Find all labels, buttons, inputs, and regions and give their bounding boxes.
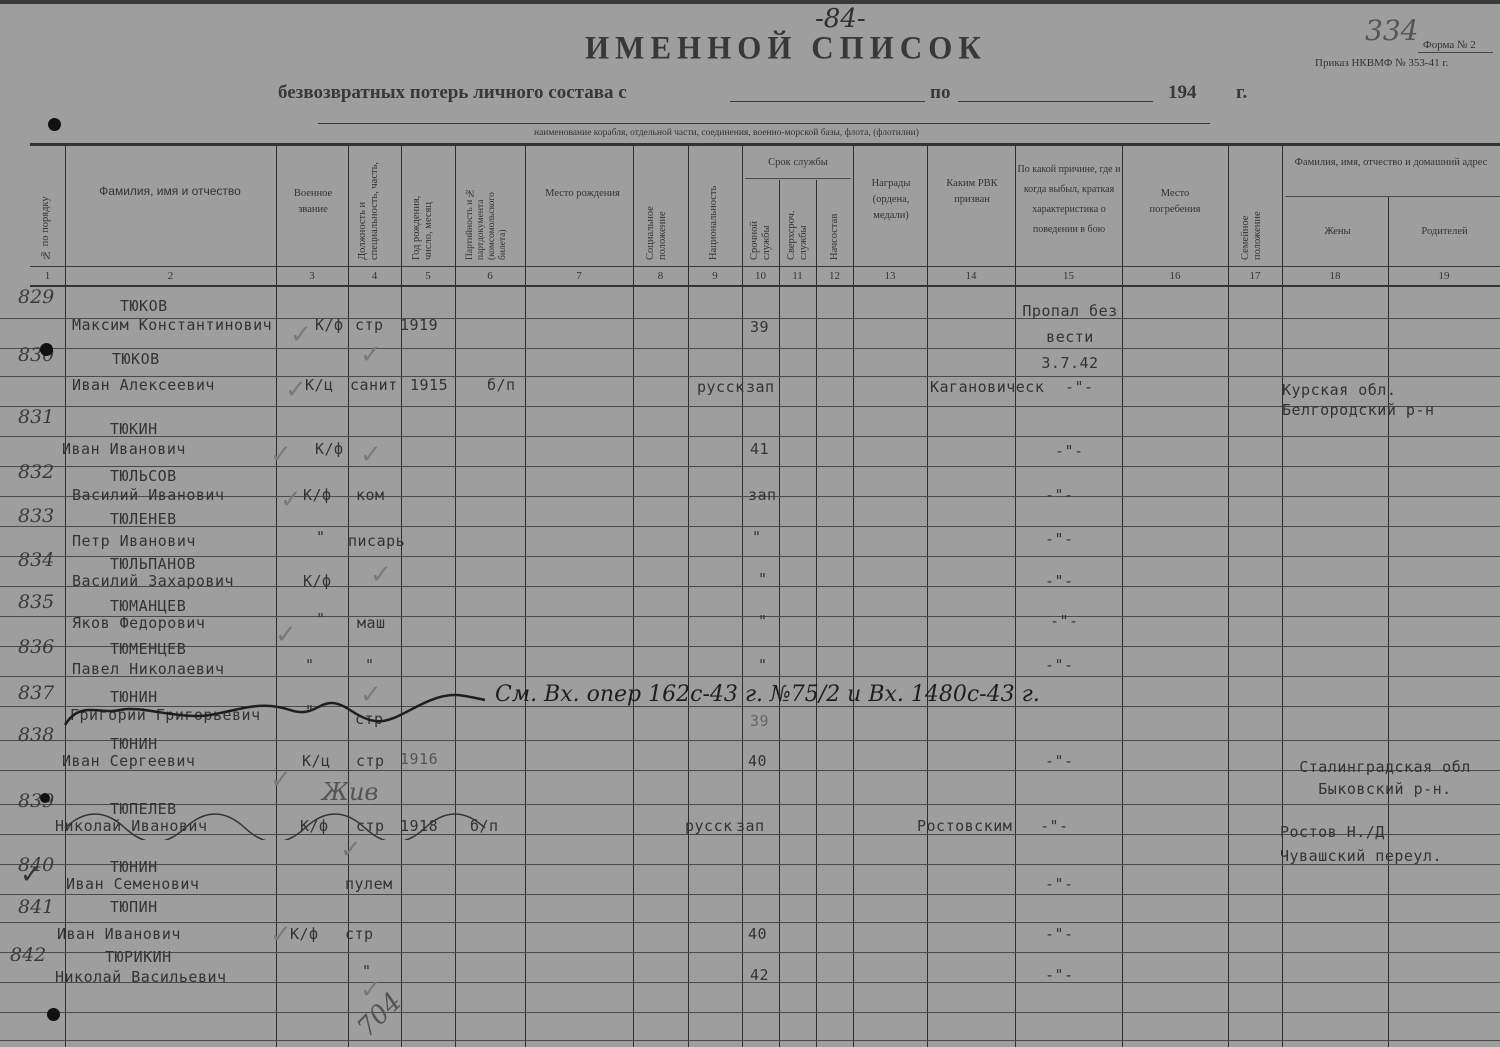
given-names: Иван Иванович xyxy=(62,440,186,458)
row-number: 832 xyxy=(18,461,54,483)
position: стр xyxy=(355,316,384,334)
ruled-line xyxy=(0,770,1500,771)
given-names: Николай Васильевич xyxy=(55,968,227,986)
ruled-line xyxy=(0,526,1500,527)
scan-edge xyxy=(0,0,1500,4)
service-term: 40 xyxy=(748,925,767,943)
col-num-19: 19 xyxy=(1388,270,1500,282)
strikethrough-wave xyxy=(60,800,500,840)
col-header-9: Национальность xyxy=(708,175,720,260)
given-names: Павел Николаевич xyxy=(72,660,225,678)
table-top-border xyxy=(30,143,1500,146)
col-header-3: Военное звание xyxy=(282,186,344,218)
birth-year: 1919 xyxy=(400,316,438,334)
col-num-10: 10 xyxy=(742,270,779,282)
service-term: 41 xyxy=(750,440,769,458)
col-divider xyxy=(779,180,780,1047)
position: маш xyxy=(357,614,386,632)
service-term-divider xyxy=(745,178,851,179)
col-num-1: 1 xyxy=(30,270,65,282)
reason: -"- xyxy=(1045,486,1074,504)
col-header-10: Срочной службы xyxy=(749,210,777,260)
rank: К/ф xyxy=(303,572,332,590)
given-names: Василий Иванович xyxy=(72,486,225,504)
col-header-5: Год рождения, число, месяц xyxy=(411,175,447,260)
row-number: 836 xyxy=(18,636,54,658)
row-number: 834 xyxy=(18,549,54,571)
service-term: " xyxy=(758,612,768,630)
position: писарь xyxy=(348,532,405,550)
col-num-6: 6 xyxy=(455,270,525,282)
surname: ТЮКОВ xyxy=(112,350,160,368)
service-term: " xyxy=(758,570,768,588)
service-term: зап xyxy=(748,486,777,504)
ruled-line xyxy=(0,376,1500,377)
col-num-9: 9 xyxy=(688,270,742,282)
position: стр xyxy=(345,925,374,943)
col-num-3: 3 xyxy=(276,270,348,282)
surname: ТЮРИКИН xyxy=(105,948,172,966)
surname: ТЮМАНЦЕВ xyxy=(110,597,186,615)
col-header-7: Место рождения xyxy=(545,186,620,202)
ruled-line xyxy=(0,894,1500,895)
surname: ТЮЛЬПАНОВ xyxy=(110,555,196,573)
reason: -"- xyxy=(1045,925,1074,943)
order-label: Приказ НКВМФ № 353-41 г. xyxy=(1315,57,1448,69)
position: стр xyxy=(356,752,385,770)
col-header-18: Жены xyxy=(1290,224,1385,240)
given-names: Иван Иванович xyxy=(57,925,181,943)
col-num-7: 7 xyxy=(525,270,633,282)
rank: " xyxy=(316,610,326,628)
form-label: Форма № 2 xyxy=(1423,39,1476,51)
ruled-line xyxy=(0,676,1500,677)
surname: ТЮМЕНЦЕВ xyxy=(110,640,186,658)
ruled-line xyxy=(0,646,1500,647)
row-number: 829 xyxy=(18,286,54,308)
ruled-line xyxy=(0,740,1500,741)
ruled-line xyxy=(0,1012,1500,1013)
check-mark-icon: ✓ xyxy=(270,765,292,795)
surname: ТЮЛЬСОВ xyxy=(110,467,177,485)
surname: ТЮНИН xyxy=(110,735,158,753)
position: пулем xyxy=(345,875,393,893)
service-term: 40 xyxy=(748,752,767,770)
birth-year: 1915 xyxy=(410,376,448,394)
rank: К/ц xyxy=(305,376,334,394)
col-header-2: Фамилия, имя и отчество xyxy=(80,180,260,202)
archive-number: 334 xyxy=(1365,14,1418,47)
reason: -"- xyxy=(1045,656,1074,674)
col-num-5: 5 xyxy=(401,270,455,282)
ruled-line xyxy=(0,436,1500,437)
service-term: " xyxy=(758,656,768,674)
rvk: Ростовским xyxy=(917,817,1012,835)
ruled-line xyxy=(0,466,1500,467)
ink-blot xyxy=(47,1008,60,1021)
subtitle-mid: по xyxy=(930,82,950,104)
col-header-14: Каким РВК призван xyxy=(940,176,1004,208)
given-names: Иван Сергеевич xyxy=(62,752,195,770)
check-mark-icon: ✓ xyxy=(290,320,312,350)
col-num-12: 12 xyxy=(816,270,853,282)
check-mark-icon: ✓ xyxy=(285,375,307,405)
subtitle-suffix: г. xyxy=(1236,82,1247,104)
ink-blot xyxy=(48,118,61,131)
surname: ТЮНИН xyxy=(110,858,158,876)
surname: ТЮЛЕНЕВ xyxy=(110,510,177,528)
ruled-line xyxy=(0,952,1500,953)
rank: " xyxy=(305,656,315,674)
strikethrough-scribble xyxy=(60,690,490,730)
surname: ТЮКИН xyxy=(110,420,158,438)
col-divider xyxy=(1388,196,1389,1047)
reason: -"- xyxy=(1065,378,1094,396)
service-term: 39 xyxy=(750,712,769,730)
col-header-11: Сверхсроч. службы xyxy=(786,210,814,260)
col-num-16: 16 xyxy=(1122,270,1228,282)
ruled-line xyxy=(0,348,1500,349)
subtitle-year: 194 xyxy=(1168,82,1197,104)
col-num-14: 14 xyxy=(927,270,1015,282)
col-num-8: 8 xyxy=(633,270,688,282)
given-names: Максим Константинович xyxy=(72,316,272,334)
col-num-13: 13 xyxy=(853,270,927,282)
col-num-2: 2 xyxy=(65,270,276,282)
given-names: Иван Алексеевич xyxy=(72,376,215,394)
col-group-home-address: Фамилия, имя, отчество и домашний адрес xyxy=(1285,155,1497,171)
parents-address: Сталинградская обл Быковский р-н. xyxy=(1280,756,1490,800)
col-header-13: Награды (ордена, медали) xyxy=(860,176,922,224)
service-term: 42 xyxy=(750,966,769,984)
col-header-12: Начсостав xyxy=(829,205,841,260)
reason: -"- xyxy=(1045,572,1074,590)
check-mark-icon: ✓ xyxy=(270,920,292,950)
cross-reference-note: См. Вх. опер 162с-43 г. №75/2 и Вх. 1480… xyxy=(495,682,1040,707)
position: " xyxy=(365,656,375,674)
col-num-11: 11 xyxy=(779,270,816,282)
surname: ТЮПИН xyxy=(110,898,158,916)
col-header-16: Место погребения xyxy=(1140,186,1210,218)
reason: Пропал без вести 3.7.42 xyxy=(1018,298,1122,376)
reason: -"- xyxy=(1045,966,1074,984)
reason: -"- xyxy=(1045,752,1074,770)
header-divider xyxy=(30,266,1500,267)
surname: ТЮКОВ xyxy=(120,297,168,315)
ink-blot xyxy=(40,793,50,803)
nationality: русск xyxy=(697,378,745,396)
reason: -"- xyxy=(1040,817,1069,835)
check-mark-icon: ✓ xyxy=(275,620,297,650)
header-bottom-border xyxy=(30,285,1500,287)
col-group-service-term: Срок службы xyxy=(745,155,851,171)
rank: К/ц xyxy=(302,752,331,770)
col-header-4: Должность и специальность, часть, xyxy=(357,150,393,260)
check-mark-icon: ✓ xyxy=(20,860,42,890)
check-mark-icon: ✓ xyxy=(370,560,392,590)
given-names: Иван Семенович xyxy=(66,875,199,893)
parents-address: Курская обл. Белгородский р-н xyxy=(1282,380,1482,420)
unit-caption: наименование корабля, отдельной части, с… xyxy=(534,128,919,138)
check-mark-icon: ✓ xyxy=(360,680,382,710)
col-header-15: По какой причине, где и когда выбыл, кра… xyxy=(1017,160,1121,240)
form-underline xyxy=(1418,52,1493,53)
service-term: " xyxy=(752,528,762,546)
date-to-blank xyxy=(958,101,1153,102)
rank: К/ф xyxy=(315,316,344,334)
col-num-18: 18 xyxy=(1282,270,1388,282)
col-header-8: Социальное положение xyxy=(645,200,681,260)
date-from-blank xyxy=(730,101,925,102)
col-header-19: Родителей xyxy=(1392,224,1497,240)
rank: К/ф xyxy=(290,925,319,943)
row-number: 841 xyxy=(18,896,54,918)
row-number: 831 xyxy=(18,406,54,428)
check-mark-icon: ✓ xyxy=(360,440,382,470)
ink-blot xyxy=(40,343,53,356)
check-mark-icon: ✓ xyxy=(270,440,292,470)
ruled-line xyxy=(0,864,1500,865)
col-num-17: 17 xyxy=(1228,270,1282,282)
given-names: Петр Иванович xyxy=(72,532,196,550)
rvk: Кагановическ xyxy=(930,378,1044,396)
birth-year: 1916 xyxy=(400,750,438,768)
position: санит xyxy=(350,376,398,394)
rank: К/ф xyxy=(315,440,344,458)
address-divider xyxy=(1285,196,1500,197)
party: б/п xyxy=(487,376,516,394)
rank: К/ф xyxy=(303,486,332,504)
check-mark-icon: ✓ xyxy=(280,485,302,515)
position: ком xyxy=(356,486,385,504)
row-number: 842 xyxy=(10,944,46,966)
check-mark-icon: ✓ xyxy=(360,340,382,370)
service-term: 39 xyxy=(750,318,769,336)
col-header-1: № по порядку xyxy=(40,180,52,260)
check-mark-icon: ✓ xyxy=(340,835,362,865)
rank: " xyxy=(316,528,326,546)
col-header-17: Семейное положение xyxy=(1240,205,1270,260)
subtitle-prefix: безвозвратных потерь личного состава с xyxy=(278,82,627,103)
reason: -"- xyxy=(1045,530,1074,548)
ruled-line xyxy=(0,1040,1500,1041)
row-number: 835 xyxy=(18,591,54,613)
unit-name-line xyxy=(318,123,1210,124)
col-divider xyxy=(816,180,817,1047)
service-term: зап xyxy=(736,817,765,835)
col-num-15: 15 xyxy=(1015,270,1122,282)
service-term: зап xyxy=(746,378,775,396)
reason: -"- xyxy=(1050,612,1079,630)
parents-address: Ростов Н./Д Чувашский переул. xyxy=(1280,820,1480,868)
check-mark-icon: ✓ xyxy=(360,975,382,1005)
col-header-6: Партийность и № партдокумента (комсомоль… xyxy=(465,160,515,260)
col-num-4: 4 xyxy=(348,270,401,282)
ruled-line xyxy=(0,922,1500,923)
document-title: ИМЕННОЙ СПИСОК xyxy=(585,29,987,67)
ruled-line xyxy=(0,556,1500,557)
nationality: русск xyxy=(685,817,733,835)
ruled-line xyxy=(0,406,1500,407)
subtitle: безвозвратных потерь личного состава с xyxy=(278,82,627,104)
row-number: 833 xyxy=(18,505,54,527)
given-names: Василий Захарович xyxy=(72,572,234,590)
reason: -"- xyxy=(1045,875,1074,893)
row-number: 837 xyxy=(18,682,54,704)
ruled-line xyxy=(0,616,1500,617)
reason: -"- xyxy=(1055,442,1084,460)
row-number: 838 xyxy=(18,724,54,746)
given-names: Яков Федорович xyxy=(72,614,205,632)
